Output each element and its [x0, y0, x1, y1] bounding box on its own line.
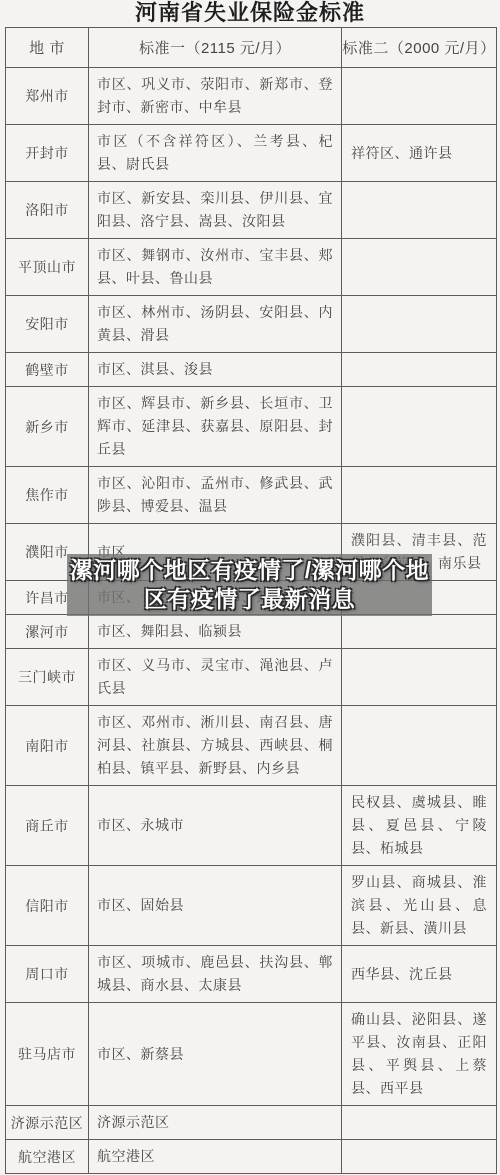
- standard2-cell: [342, 615, 497, 649]
- page-title: 河南省失业保险金标准: [0, 0, 500, 26]
- city-cell: 新乡市: [6, 387, 89, 467]
- table-row: 济源示范区济源示范区: [6, 1106, 497, 1140]
- standard1-cell: 市区、义马市、灵宝市、渑池县、卢氏县: [89, 649, 342, 706]
- table-row: 漯河市市区、舞阳县、临颍县: [6, 615, 497, 649]
- standard2-cell: [342, 387, 497, 467]
- city-cell: 信阳市: [6, 866, 89, 946]
- standard2-cell: [342, 182, 497, 239]
- standard1-cell: 市区（不含祥符区）、兰考县、杞县、尉氏县: [89, 125, 342, 182]
- table-body: 郑州市市区、巩义市、荥阳市、新郑市、登封市、新密市、中牟县开封市市区（不含祥符区…: [6, 68, 497, 1174]
- standard2-cell: [342, 467, 497, 524]
- city-cell: 济源示范区: [6, 1106, 89, 1140]
- header-city: 地 市: [6, 28, 89, 68]
- standard2-cell: 确山县、泌阳县、遂平县、汝南县、正阳县、平舆县、上蔡县、西平县: [342, 1003, 497, 1106]
- watermark-banner: 漯河哪个地区有疫情了/漯河哪个地 区有疫情了最新消息: [67, 554, 432, 616]
- table-row: 开封市市区（不含祥符区）、兰考县、杞县、尉氏县祥符区、通许县: [6, 125, 497, 182]
- watermark-text-line-1: 漯河哪个地区有疫情了/漯河哪个地: [70, 556, 429, 585]
- standard1-cell: 航空港区: [89, 1140, 342, 1174]
- city-cell: 洛阳市: [6, 182, 89, 239]
- standard1-cell: 市区、永城市: [89, 786, 342, 866]
- standard2-cell: 民权县、虞城县、睢县、夏邑县、宁陵县、柘城县: [342, 786, 497, 866]
- city-cell: 航空港区: [6, 1140, 89, 1174]
- city-cell: 商丘市: [6, 786, 89, 866]
- table-row: 焦作市市区、沁阳市、孟州市、修武县、武陟县、博爱县、温县: [6, 467, 497, 524]
- standard2-cell: 西华县、沈丘县: [342, 946, 497, 1003]
- table-row: 周口市市区、项城市、鹿邑县、扶沟县、郸城县、商水县、太康县西华县、沈丘县: [6, 946, 497, 1003]
- city-cell: 郑州市: [6, 68, 89, 125]
- standard2-cell: 罗山县、商城县、淮滨县、光山县、息县、新县、潢川县: [342, 866, 497, 946]
- standard2-cell: [342, 1106, 497, 1140]
- table-row: 三门峡市市区、义马市、灵宝市、渑池县、卢氏县: [6, 649, 497, 706]
- city-cell: 周口市: [6, 946, 89, 1003]
- city-cell: 开封市: [6, 125, 89, 182]
- standard1-cell: 市区、辉县市、新乡县、长垣市、卫辉市、延津县、获嘉县、原阳县、封丘县: [89, 387, 342, 467]
- page: { "page": { "title": "河南省失业保险金标准" }, "ta…: [0, 0, 500, 1175]
- city-cell: 南阳市: [6, 706, 89, 786]
- table-row: 信阳市市区、固始县罗山县、商城县、淮滨县、光山县、息县、新县、潢川县: [6, 866, 497, 946]
- watermark-text-line-2: 区有疫情了最新消息: [144, 585, 356, 614]
- standard2-cell: 祥符区、通许县: [342, 125, 497, 182]
- standard1-cell: 市区、新安县、栾川县、伊川县、宜阳县、洛宁县、嵩县、汝阳县: [89, 182, 342, 239]
- table-row: 新乡市市区、辉县市、新乡县、长垣市、卫辉市、延津县、获嘉县、原阳县、封丘县: [6, 387, 497, 467]
- standard1-cell: 市区、新蔡县: [89, 1003, 342, 1106]
- standard1-cell: 市区、淇县、浚县: [89, 353, 342, 387]
- city-cell: 焦作市: [6, 467, 89, 524]
- header-standard1: 标准一（2115 元/月）: [89, 28, 342, 68]
- table-row: 安阳市市区、林州市、汤阴县、安阳县、内黄县、滑县: [6, 296, 497, 353]
- city-cell: 安阳市: [6, 296, 89, 353]
- standard1-cell: 济源示范区: [89, 1106, 342, 1140]
- standard1-cell: 市区、林州市、汤阴县、安阳县、内黄县、滑县: [89, 296, 342, 353]
- standard1-cell: 市区、巩义市、荥阳市、新郑市、登封市、新密市、中牟县: [89, 68, 342, 125]
- city-cell: 三门峡市: [6, 649, 89, 706]
- standard1-cell: 市区、邓州市、淅川县、南召县、唐河县、社旗县、方城县、西峡县、桐柏县、镇平县、新…: [89, 706, 342, 786]
- standard1-cell: 市区、项城市、鹿邑县、扶沟县、郸城县、商水县、太康县: [89, 946, 342, 1003]
- standard1-cell: 市区、舞阳县、临颍县: [89, 615, 342, 649]
- table-row: 南阳市市区、邓州市、淅川县、南召县、唐河县、社旗县、方城县、西峡县、桐柏县、镇平…: [6, 706, 497, 786]
- table-row: 平顶山市市区、舞钢市、汝州市、宝丰县、郏县、叶县、鲁山县: [6, 239, 497, 296]
- table-row: 郑州市市区、巩义市、荥阳市、新郑市、登封市、新密市、中牟县: [6, 68, 497, 125]
- city-cell: 漯河市: [6, 615, 89, 649]
- table-row: 航空港区航空港区: [6, 1140, 497, 1174]
- standard2-cell: [342, 706, 497, 786]
- standard2-cell: [342, 353, 497, 387]
- city-cell: 鹤壁市: [6, 353, 89, 387]
- standard2-cell: [342, 68, 497, 125]
- header-standard2: 标准二（2000 元/月）: [342, 28, 497, 68]
- standard2-cell: [342, 239, 497, 296]
- standard1-cell: 市区、舞钢市、汝州市、宝丰县、郏县、叶县、鲁山县: [89, 239, 342, 296]
- table-row: 商丘市市区、永城市民权县、虞城县、睢县、夏邑县、宁陵县、柘城县: [6, 786, 497, 866]
- standard2-cell: [342, 649, 497, 706]
- header-row: 地 市 标准一（2115 元/月） 标准二（2000 元/月）: [6, 28, 497, 68]
- table-row: 鹤壁市市区、淇县、浚县: [6, 353, 497, 387]
- standard1-cell: 市区、固始县: [89, 866, 342, 946]
- table-row: 驻马店市市区、新蔡县确山县、泌阳县、遂平县、汝南县、正阳县、平舆县、上蔡县、西平…: [6, 1003, 497, 1106]
- standard1-cell: 市区、沁阳市、孟州市、修武县、武陟县、博爱县、温县: [89, 467, 342, 524]
- standard2-cell: [342, 1140, 497, 1174]
- city-cell: 驻马店市: [6, 1003, 89, 1106]
- standard2-cell: [342, 296, 497, 353]
- table-row: 洛阳市市区、新安县、栾川县、伊川县、宜阳县、洛宁县、嵩县、汝阳县: [6, 182, 497, 239]
- city-cell: 平顶山市: [6, 239, 89, 296]
